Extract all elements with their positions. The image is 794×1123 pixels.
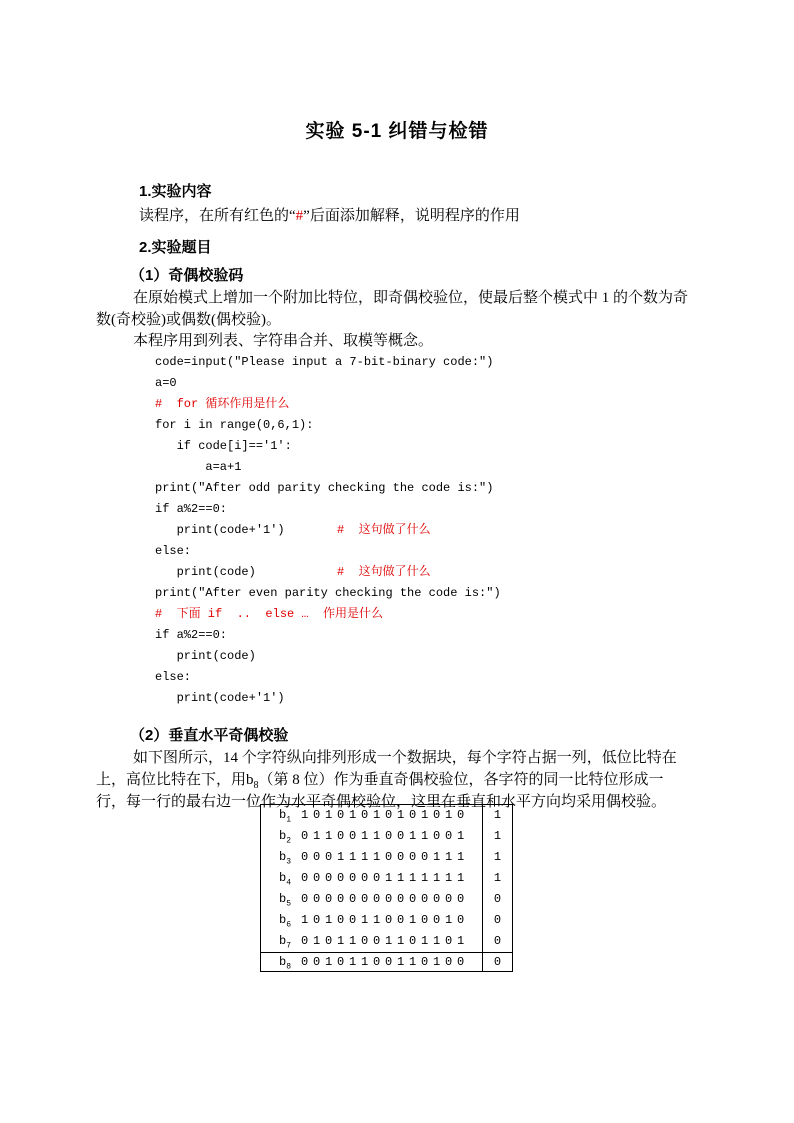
row-bits: 10101010101010	[301, 805, 469, 826]
row-bits: 00101100110100	[301, 953, 469, 972]
t2-line2-post: （第 8 位）作为垂直奇偶校验位，各字符的同一比特位形成一	[259, 772, 664, 788]
section-1-body-pre: 读程序，在所有红色的“	[139, 208, 296, 224]
code-line: if a%2==0:	[155, 499, 227, 519]
code-line: a=a+1	[155, 457, 241, 477]
topic-1-heading: （1）奇偶校验码	[130, 266, 243, 286]
code-line: print("After odd parity checking the cod…	[155, 478, 493, 498]
parity-table-row: b6 10100110010010 0	[261, 910, 512, 931]
code-text: print(code)	[155, 565, 256, 579]
code-line: code=input("Please input a 7-bit-binary …	[155, 352, 493, 372]
row-parity-bit: 1	[482, 868, 513, 889]
code-line: a=0	[155, 373, 177, 393]
section-1-heading: 1.实验内容	[139, 182, 212, 202]
topic-2-paragraph-line-1: 如下图所示，14 个字符纵向排列形成一个数据块，每个字符占据一列，低位比特在	[133, 747, 677, 769]
row-parity-bit: 1	[482, 805, 513, 826]
parity-table-row: b4 00000001111111 1	[261, 868, 512, 889]
parity-table-row: b2 01100110011001 1	[261, 826, 512, 847]
code-line: else:	[155, 667, 191, 687]
row-bits: 01100110011001	[301, 826, 469, 847]
parity-table-row: b1 10101010101010 1	[261, 805, 512, 826]
code-line: if a%2==0:	[155, 625, 227, 645]
code-line: for i in range(0,6,1):	[155, 415, 313, 435]
parity-table-row: b8 00101100110100 0	[261, 953, 512, 972]
parity-table-row: b3 00011110000111 1	[261, 847, 512, 868]
row-parity-bit: 1	[482, 826, 513, 847]
section-2-heading: 2.实验题目	[139, 238, 212, 258]
row-label: b8	[279, 953, 291, 976]
row-bits: 00000001111111	[301, 868, 469, 889]
code-line: else:	[155, 541, 191, 561]
row-parity-bit: 0	[482, 931, 513, 952]
parity-table-row: b5 00000000000000 0	[261, 889, 512, 910]
section-1-body: 读程序，在所有红色的“#”后面添加解释，说明程序的作用	[139, 205, 520, 227]
row-parity-bit: 1	[482, 847, 513, 868]
row-parity-bit: 0	[482, 889, 513, 910]
t2-line2-pre: 上，高位比特在下，用b	[96, 772, 254, 788]
code-inline-comment: # 这句做了什么	[337, 562, 431, 582]
code-line: print(code+'1')	[155, 688, 285, 708]
row-parity-bit: 0	[482, 910, 513, 931]
code-line: print("After even parity checking the co…	[155, 583, 501, 603]
topic-1-paragraph-line-2: 数(奇校验)或偶数(偶校验)。	[96, 309, 281, 331]
section-1-body-post: ”后面添加解释，说明程序的作用	[303, 208, 520, 224]
row-parity-bit: 0	[482, 953, 513, 972]
code-inline-comment: # 这句做了什么	[337, 520, 431, 540]
row-bits: 00000000000000	[301, 889, 469, 910]
topic-2-heading: （2）垂直水平奇偶校验	[130, 726, 288, 746]
row-bits: 00011110000111	[301, 847, 469, 868]
document-title: 实验 5-1 纠错与检错	[0, 120, 794, 144]
parity-table-row: b7 01011001101101 0	[261, 931, 512, 952]
code-line-with-comment: print(code+'1')# 这句做了什么	[155, 520, 285, 540]
code-line: if code[i]=='1':	[155, 436, 292, 456]
code-line-with-comment: print(code)# 这句做了什么	[155, 562, 256, 582]
code-text: print(code+'1')	[155, 523, 285, 537]
row-bits: 10100110010010	[301, 910, 469, 931]
code-line: print(code)	[155, 646, 256, 666]
document-page: 实验 5-1 纠错与检错 1.实验内容 读程序，在所有红色的“#”后面添加解释，…	[0, 0, 794, 1123]
parity-table: b1 10101010101010 1 b2 01100110011001 1 …	[260, 804, 513, 972]
code-comment-line: # for 循环作用是什么	[155, 394, 289, 414]
row-bits: 01011001101101	[301, 931, 469, 952]
topic-1-paragraph-2: 本程序用到列表、字符串合并、取模等概念。	[133, 330, 433, 352]
topic-1-paragraph-line-1: 在原始模式上增加一个附加比特位，即奇偶校验位，使最后整个模式中 1 的个数为奇	[133, 287, 688, 309]
code-comment-line: # 下面 if .. else … 作用是什么	[155, 604, 383, 624]
